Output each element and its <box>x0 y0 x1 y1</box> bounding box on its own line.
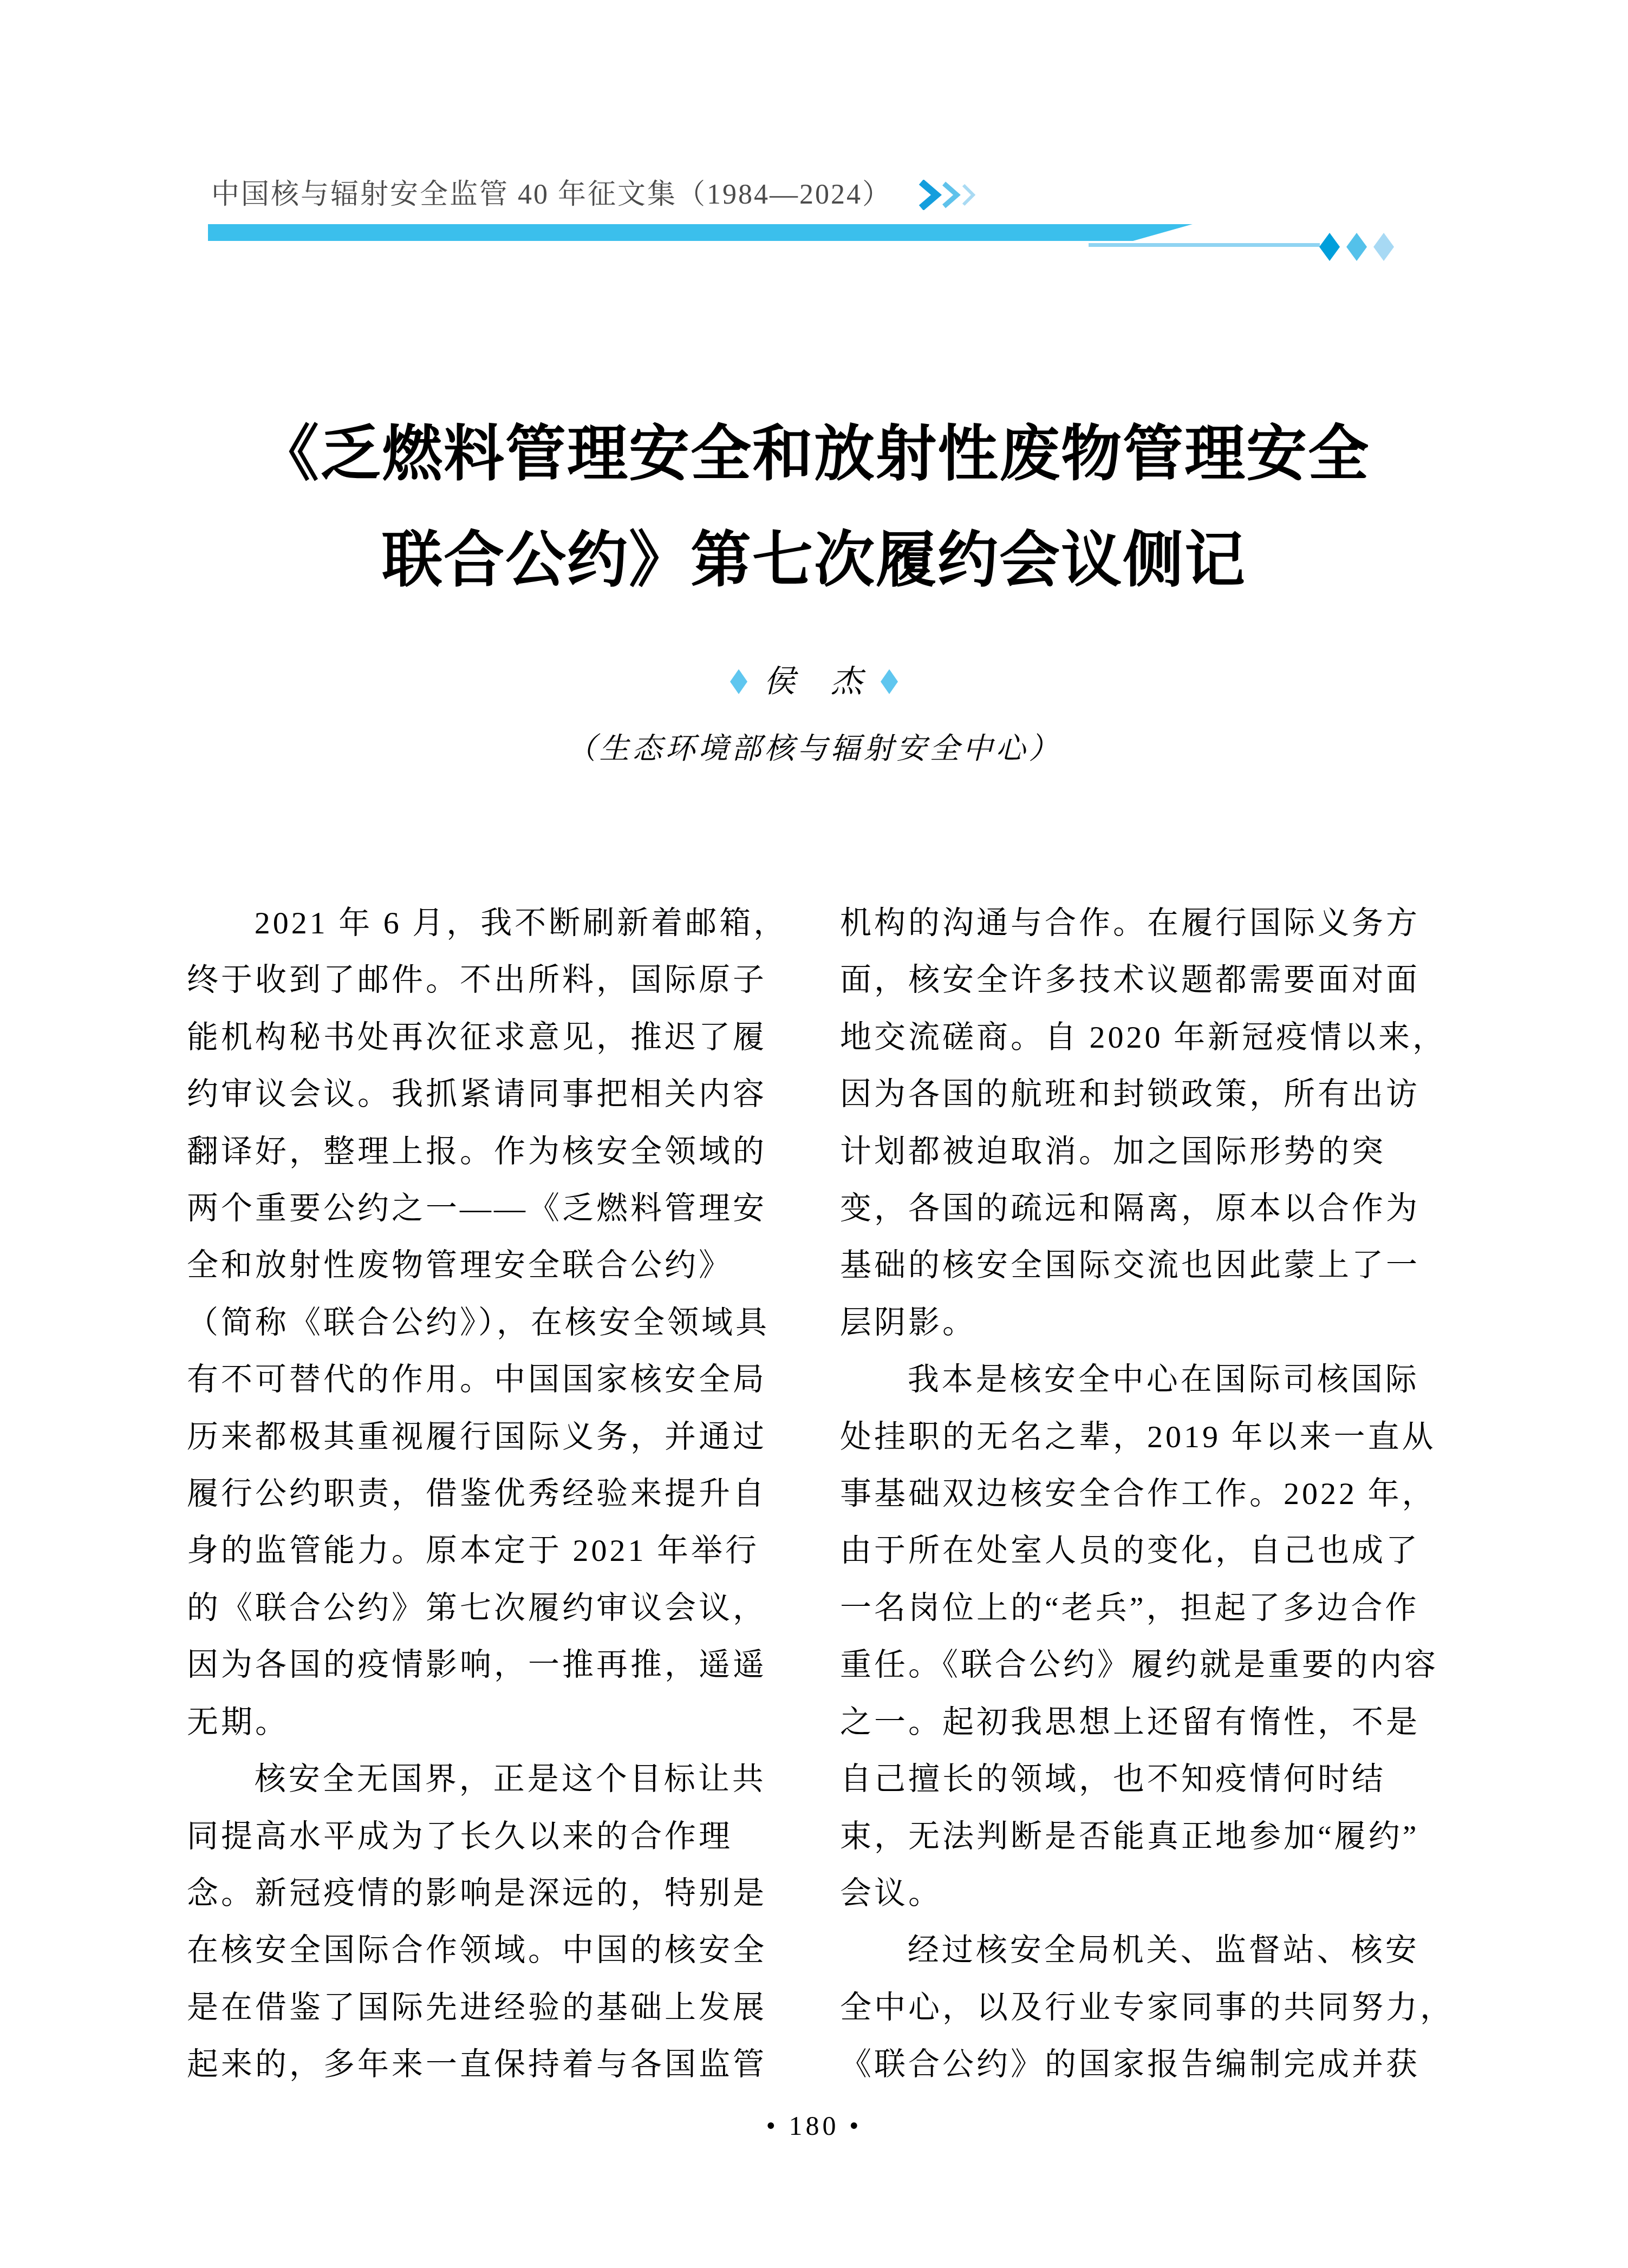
body-text-line: 无期。 <box>187 1694 788 1750</box>
body-text-line: 全和放射性废物管理安全联合公约》 <box>187 1237 788 1293</box>
body-text-line: 约审议会议。我抓紧请同事把相关内容 <box>187 1066 788 1122</box>
author-name: 侯 杰 <box>764 663 864 701</box>
body-text-line: 事基础双边核安全合作工作。2022 年， <box>840 1465 1441 1522</box>
body-text-line: 《联合公约》的国家报告编制完成并获 <box>840 2036 1441 2093</box>
page-header: 中国核与辐射安全监管 40 年征文集（1984—2024） <box>211 179 984 211</box>
author-diamond-right-icon <box>881 669 898 694</box>
body-text-line: 面，核安全许多技术议题都需要面对面 <box>840 951 1441 1008</box>
body-text-line: 因为各国的航班和封锁政策，所有出访 <box>840 1066 1441 1122</box>
author-diamond-left-icon <box>730 669 747 694</box>
body-text-line: 核安全无国界，正是这个目标让共 <box>187 1750 788 1807</box>
body-text-line: 全中心，以及行业专家同事的共同努力， <box>840 1979 1441 2036</box>
chevron-2-icon <box>944 184 957 206</box>
body-text-line: （简称《联合公约》），在核安全领域具 <box>187 1294 788 1351</box>
body-text-line: 处挂职的无名之辈，2019 年以来一直从 <box>840 1408 1441 1465</box>
header-diamond-3-icon <box>1373 233 1394 261</box>
body-text-line: 起来的，多年来一直保持着与各国监管 <box>187 2036 788 2093</box>
chevrons-icon <box>917 180 984 210</box>
body-column-right: 机构的沟通与合作。在履行国际义务方面，核安全许多技术议题都需要面对面地交流磋商。… <box>840 894 1441 2093</box>
booklet-title: 中国核与辐射安全监管 40 年征文集（1984—2024） <box>211 179 892 211</box>
body-text-line: 履行公约职责，借鉴优秀经验来提升自 <box>187 1465 788 1522</box>
body-text-line: 的《联合公约》第七次履约审议会议， <box>187 1579 788 1636</box>
body-text-line: 身的监管能力。原本定于 2021 年举行 <box>187 1522 788 1579</box>
body-text-line: 历来都极其重视履行国际义务，并通过 <box>187 1408 788 1465</box>
body-column-left: 2021 年 6 月，我不断刷新着邮箱，终于收到了邮件。不出所料，国际原子能机构… <box>187 894 788 2093</box>
author-row: 侯 杰 <box>0 663 1628 701</box>
body-text-line: 同提高水平成为了长久以来的合作理 <box>187 1808 788 1865</box>
body-text-line: 2021 年 6 月，我不断刷新着邮箱， <box>187 894 788 951</box>
article-title-line-2: 联合公约》第七次履约会议侧记 <box>0 508 1628 614</box>
header-accent-bar <box>208 224 1193 241</box>
body-text-line: 我本是核安全中心在国际司核国际 <box>840 1351 1441 1408</box>
diamond-shape <box>730 669 747 694</box>
body-text-line: 计划都被迫取消。加之国际形势的突 <box>840 1123 1441 1180</box>
page-number: • 180 • <box>0 2109 1628 2142</box>
body-text-line: 翻译好，整理上报。作为核安全领域的 <box>187 1123 788 1180</box>
article-title: 《乏燃料管理安全和放射性废物管理安全 联合公约》第七次履约会议侧记 <box>0 402 1628 614</box>
header-accent-line <box>1089 243 1320 247</box>
body-text-line: 一名岗位上的“老兵”，担起了多边合作 <box>840 1579 1441 1636</box>
chevron-3-icon <box>963 185 973 205</box>
author-affiliation: （生态环境部核与辐射安全中心） <box>0 730 1628 768</box>
document-page: 中国核与辐射安全监管 40 年征文集（1984—2024） 《乏燃料管理安全和放… <box>0 0 1628 2268</box>
header-diamond-1-icon <box>1319 233 1340 261</box>
body-text-line: 之一。起初我思想上还留有惰性，不是 <box>840 1694 1441 1750</box>
body-text-line: 是在借鉴了国际先进经验的基础上发展 <box>187 1979 788 2036</box>
body-text-line: 因为各国的疫情影响，一推再推，遥遥 <box>187 1636 788 1693</box>
chevron-1-icon <box>921 182 936 208</box>
body-text-line: 重任。《联合公约》履约就是重要的内容 <box>840 1636 1441 1693</box>
body-text-line: 基础的核安全国际交流也因此蒙上了一 <box>840 1237 1441 1293</box>
body-text-line: 念。新冠疫情的影响是深远的，特别是 <box>187 1865 788 1921</box>
body-text-line: 终于收到了邮件。不出所料，国际原子 <box>187 951 788 1008</box>
body-text-line: 有不可替代的作用。中国国家核安全局 <box>187 1351 788 1408</box>
article-body: 2021 年 6 月，我不断刷新着邮箱，终于收到了邮件。不出所料，国际原子能机构… <box>187 894 1441 2093</box>
body-text-line: 地交流磋商。自 2020 年新冠疫情以来， <box>840 1009 1441 1066</box>
body-text-line: 经过核安全局机关、监督站、核安 <box>840 1921 1441 1978</box>
header-rule-graphics <box>0 217 1628 282</box>
header-diamond-2-icon <box>1346 233 1367 261</box>
body-text-line: 在核安全国际合作领域。中国的核安全 <box>187 1921 788 1978</box>
body-text-line: 变，各国的疏远和隔离，原本以合作为 <box>840 1180 1441 1237</box>
diamond-shape <box>881 669 898 694</box>
body-text-line: 束，无法判断是否能真正地参加“履约” <box>840 1808 1441 1865</box>
body-text-line: 自己擅长的领域，也不知疫情何时结 <box>840 1750 1441 1807</box>
body-text-line: 层阴影。 <box>840 1294 1441 1351</box>
article-title-line-1: 《乏燃料管理安全和放射性废物管理安全 <box>0 402 1628 508</box>
body-text-line: 能机构秘书处再次征求意见，推迟了履 <box>187 1009 788 1066</box>
body-text-line: 机构的沟通与合作。在履行国际义务方 <box>840 894 1441 951</box>
body-text-line: 两个重要公约之一——《乏燃料管理安 <box>187 1180 788 1237</box>
body-text-line: 会议。 <box>840 1865 1441 1921</box>
body-text-line: 由于所在处室人员的变化，自己也成了 <box>840 1522 1441 1579</box>
